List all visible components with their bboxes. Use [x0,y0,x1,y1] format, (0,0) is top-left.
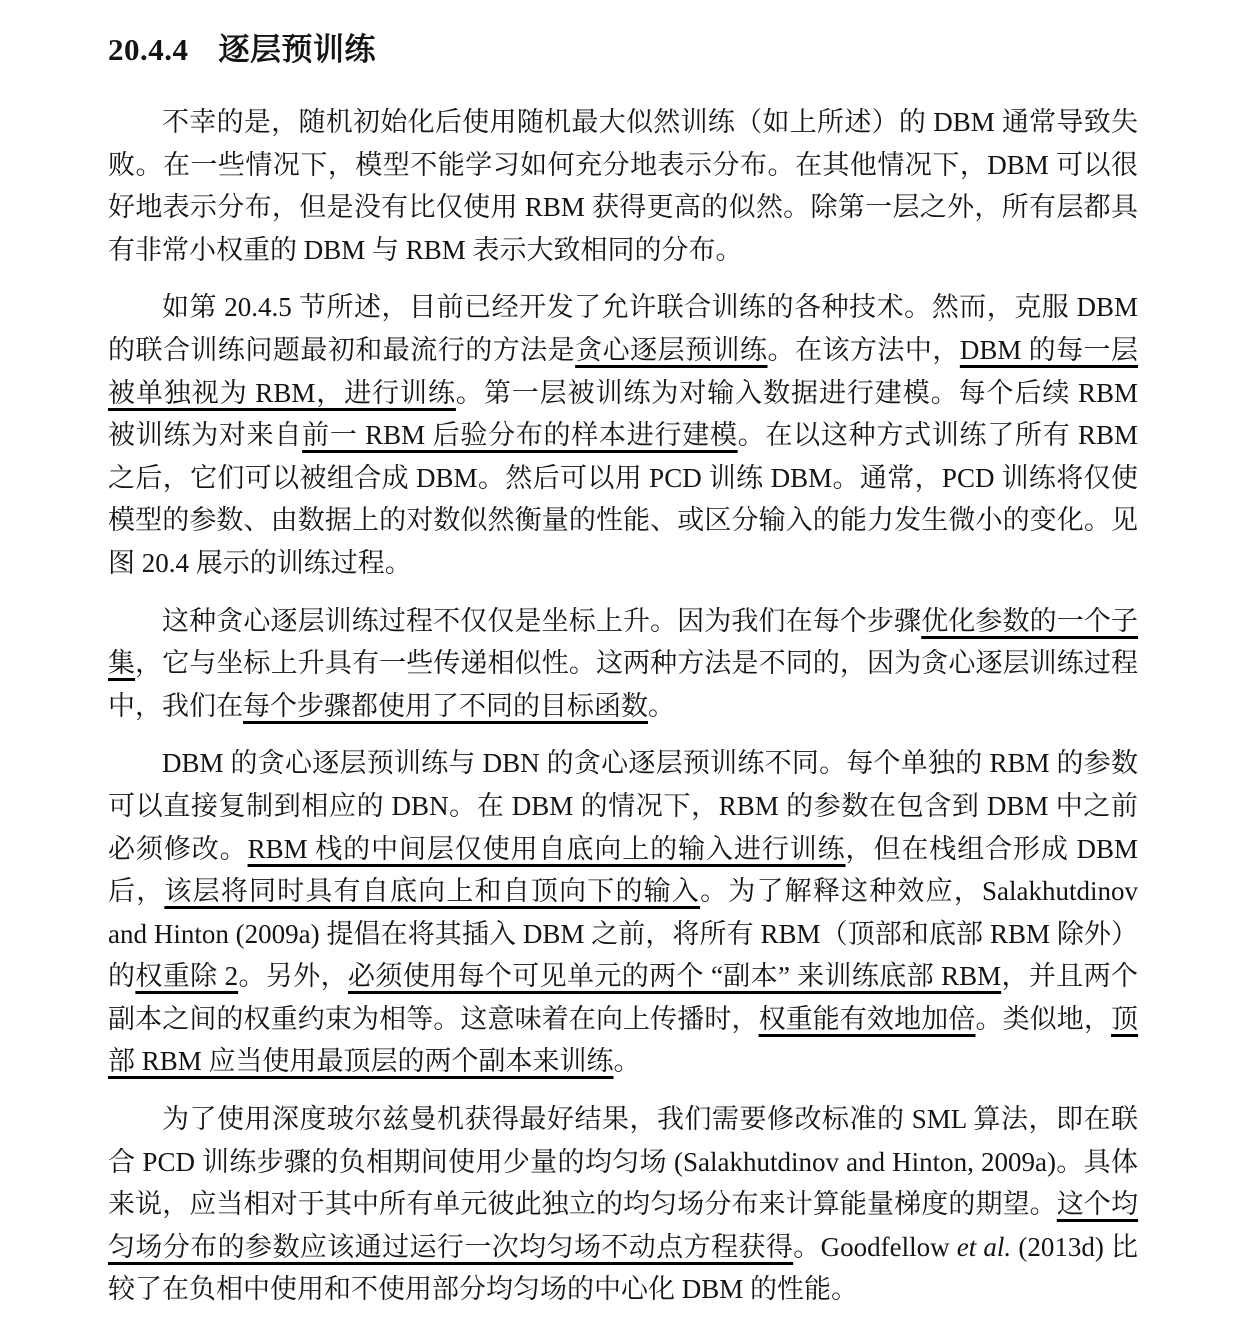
underlined-text: 权重除 2 [135,961,238,991]
underlined-text: RBM 栈的中间层仅使用自底向上的输入进行训练 [248,834,846,864]
paragraph: 如第 20.4.5 节所述，目前已经开发了允许联合训练的各种技术。然而，克服 D… [108,286,1138,584]
text-segment: 。 [648,691,675,721]
section-title: 逐层预训练 [219,32,377,67]
text-segment: 。类似地， [975,1004,1111,1034]
paragraph: 为了使用深度玻尔兹曼机获得最好结果，我们需要修改标准的 SML 算法，即在联合 … [108,1098,1138,1311]
text-segment: 不幸的是，随机初始化后使用随机最大似然训练（如上所述）的 DBM 通常导致失败。… [108,107,1138,265]
section-heading: 20.4.4逐层预训练 [108,24,1138,69]
paragraph: 不幸的是，随机初始化后使用随机最大似然训练（如上所述）的 DBM 通常导致失败。… [108,101,1138,271]
document-page: 20.4.4逐层预训练 不幸的是，随机初始化后使用随机最大似然训练（如上所述）的… [0,0,1250,1336]
underlined-text: 权重能有效地加倍 [759,1004,976,1034]
italic-text: et al. [957,1232,1011,1262]
text-segment: 为了使用深度玻尔兹曼机获得最好结果，我们需要修改标准的 SML 算法，即在联合 … [108,1104,1138,1219]
text-segment: 。 [614,1046,641,1076]
document-body: 不幸的是，随机初始化后使用随机最大似然训练（如上所述）的 DBM 通常导致失败。… [108,101,1138,1311]
underlined-text: 该层将同时具有自底向上和自顶向下的输入 [164,876,700,906]
section-number: 20.4.4 [108,32,189,68]
underlined-text: 贪心逐层预训练 [575,335,767,365]
paragraph: 这种贪心逐层训练过程不仅仅是坐标上升。因为我们在每个步骤优化参数的一个子集，它与… [108,600,1138,728]
underlined-text: 前一 RBM 后验分布的样本进行建模 [302,420,738,450]
text-segment: 。Goodfellow [793,1232,957,1262]
text-segment: 这种贪心逐层训练过程不仅仅是坐标上升。因为我们在每个步骤 [162,606,921,636]
text-segment: 。在该方法中， [768,335,960,365]
text-segment: 。另外， [238,961,348,991]
paragraph: DBM 的贪心逐层预训练与 DBN 的贪心逐层预训练不同。每个单独的 RBM 的… [108,742,1138,1083]
underlined-text: 每个步骤都使用了不同的目标函数 [243,691,648,721]
underlined-text: 必须使用每个可见单元的两个 “副本” 来训练底部 RBM [348,961,1001,991]
